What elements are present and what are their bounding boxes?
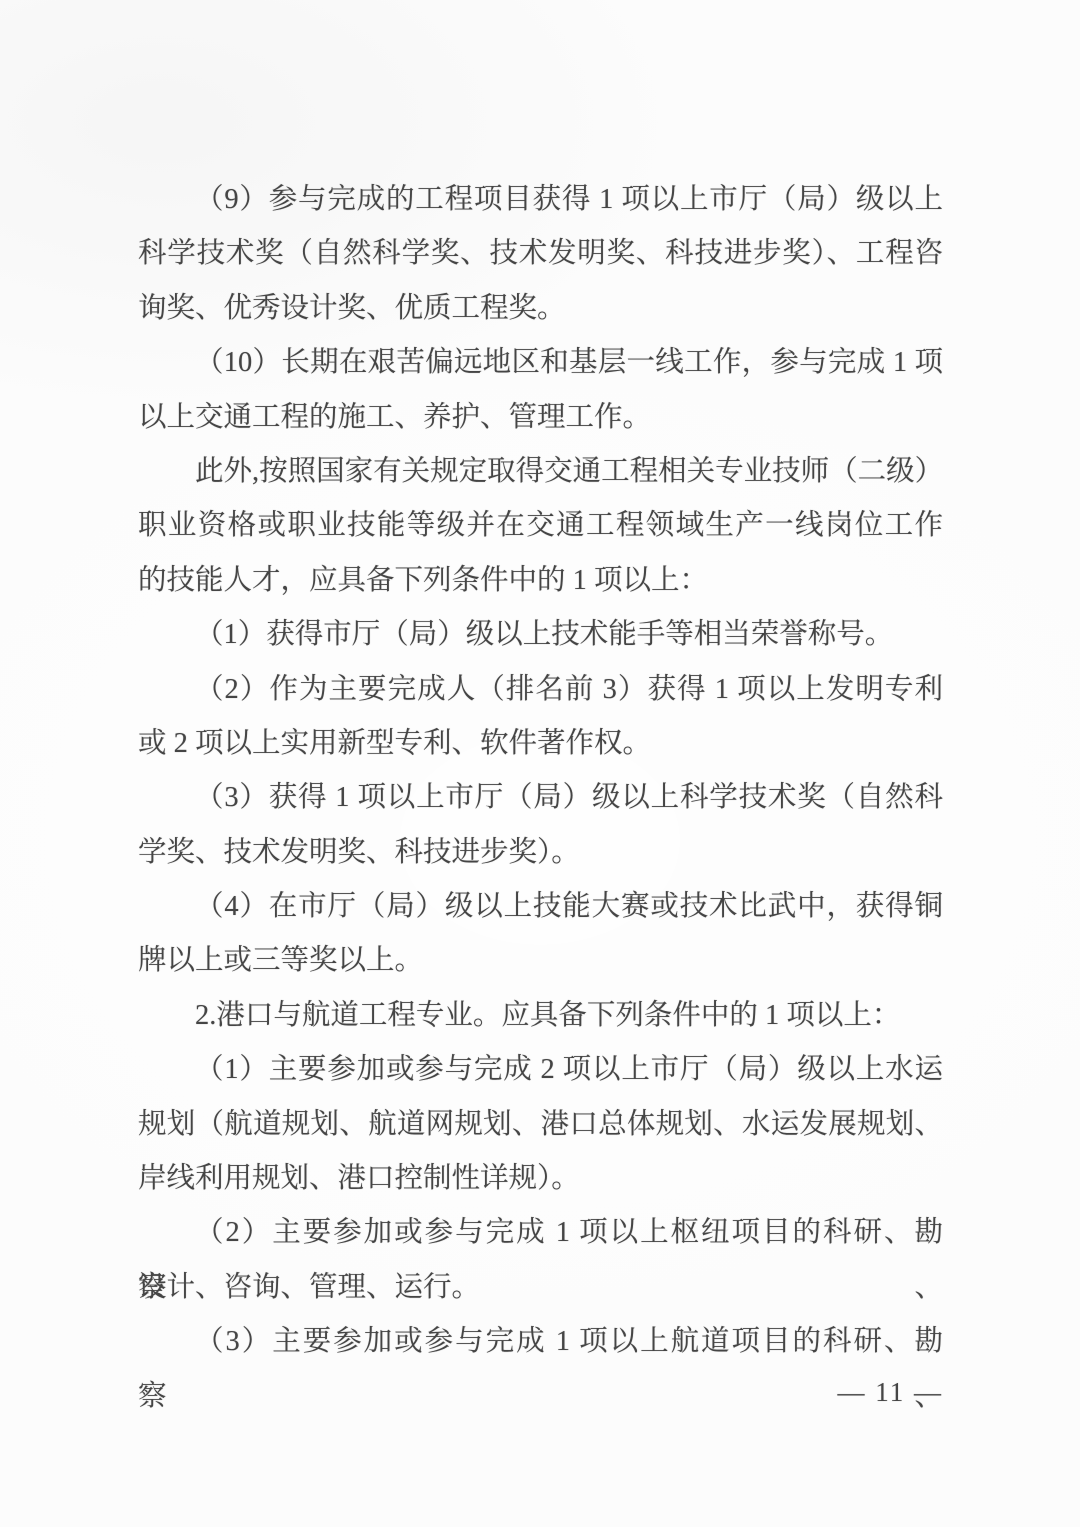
text-line: （1）主要参加或参与完成 2 项以上市厅（局）级以上水运 — [138, 1043, 943, 1097]
text-line: （1）获得市厅（局）级以上技术能手等相当荣誉称号。 — [138, 608, 943, 662]
text-line: （2）作为主要完成人（排名前 3）获得 1 项以上发明专利 — [138, 663, 943, 717]
text-line: 或 2 项以上实用新型专利、软件著作权。 — [138, 717, 943, 771]
text-line: 的技能人才，应具备下列条件中的 1 项以上： — [138, 554, 943, 608]
text-line: （9）参与完成的工程项目获得 1 项以上市厅（局）级以上 — [138, 173, 943, 227]
text-line: 询奖、优秀设计奖、优质工程奖。 — [138, 282, 943, 336]
text-line: 牌以上或三等奖以上。 — [138, 934, 943, 988]
page-footer: — 11 — — [138, 1371, 943, 1413]
document-body: （9）参与完成的工程项目获得 1 项以上市厅（局）级以上科学技术奖（自然科学奖、… — [138, 173, 943, 1370]
text-line: 学奖、技术发明奖、科技进步奖）。 — [138, 826, 943, 880]
text-line: （3）主要参加或参与完成 1 项以上航道项目的科研、勘察、 — [138, 1315, 943, 1369]
text-line: 此外,按照国家有关规定取得交通工程相关专业技师（二级） — [138, 445, 943, 499]
page-number: — 11 — — [838, 1377, 944, 1407]
text-line: （4）在市厅（局）级以上技能大赛或技术比武中，获得铜 — [138, 880, 943, 934]
text-line: （10）长期在艰苦偏远地区和基层一线工作，参与完成 1 项 — [138, 336, 943, 390]
text-line: 职业资格或职业技能等级并在交通工程领域生产一线岗位工作 — [138, 499, 943, 553]
text-line: 以上交通工程的施工、养护、管理工作。 — [138, 391, 943, 445]
text-line: 规划（航道规划、航道网规划、港口总体规划、水运发展规划、 — [138, 1098, 943, 1152]
text-line: 2.港口与航道工程专业。应具备下列条件中的 1 项以上： — [138, 989, 943, 1043]
text-line: 岸线利用规划、港口控制性详规）。 — [138, 1152, 943, 1206]
text-line: （3）获得 1 项以上市厅（局）级以上科学技术奖（自然科 — [138, 771, 943, 825]
document-page: （9）参与完成的工程项目获得 1 项以上市厅（局）级以上科学技术奖（自然科学奖、… — [0, 0, 1080, 1527]
text-line: （2）主要参加或参与完成 1 项以上枢纽项目的科研、勘察、 — [138, 1206, 943, 1260]
text-line: 科学技术奖（自然科学奖、技术发明奖、科技进步奖）、工程咨 — [138, 227, 943, 281]
